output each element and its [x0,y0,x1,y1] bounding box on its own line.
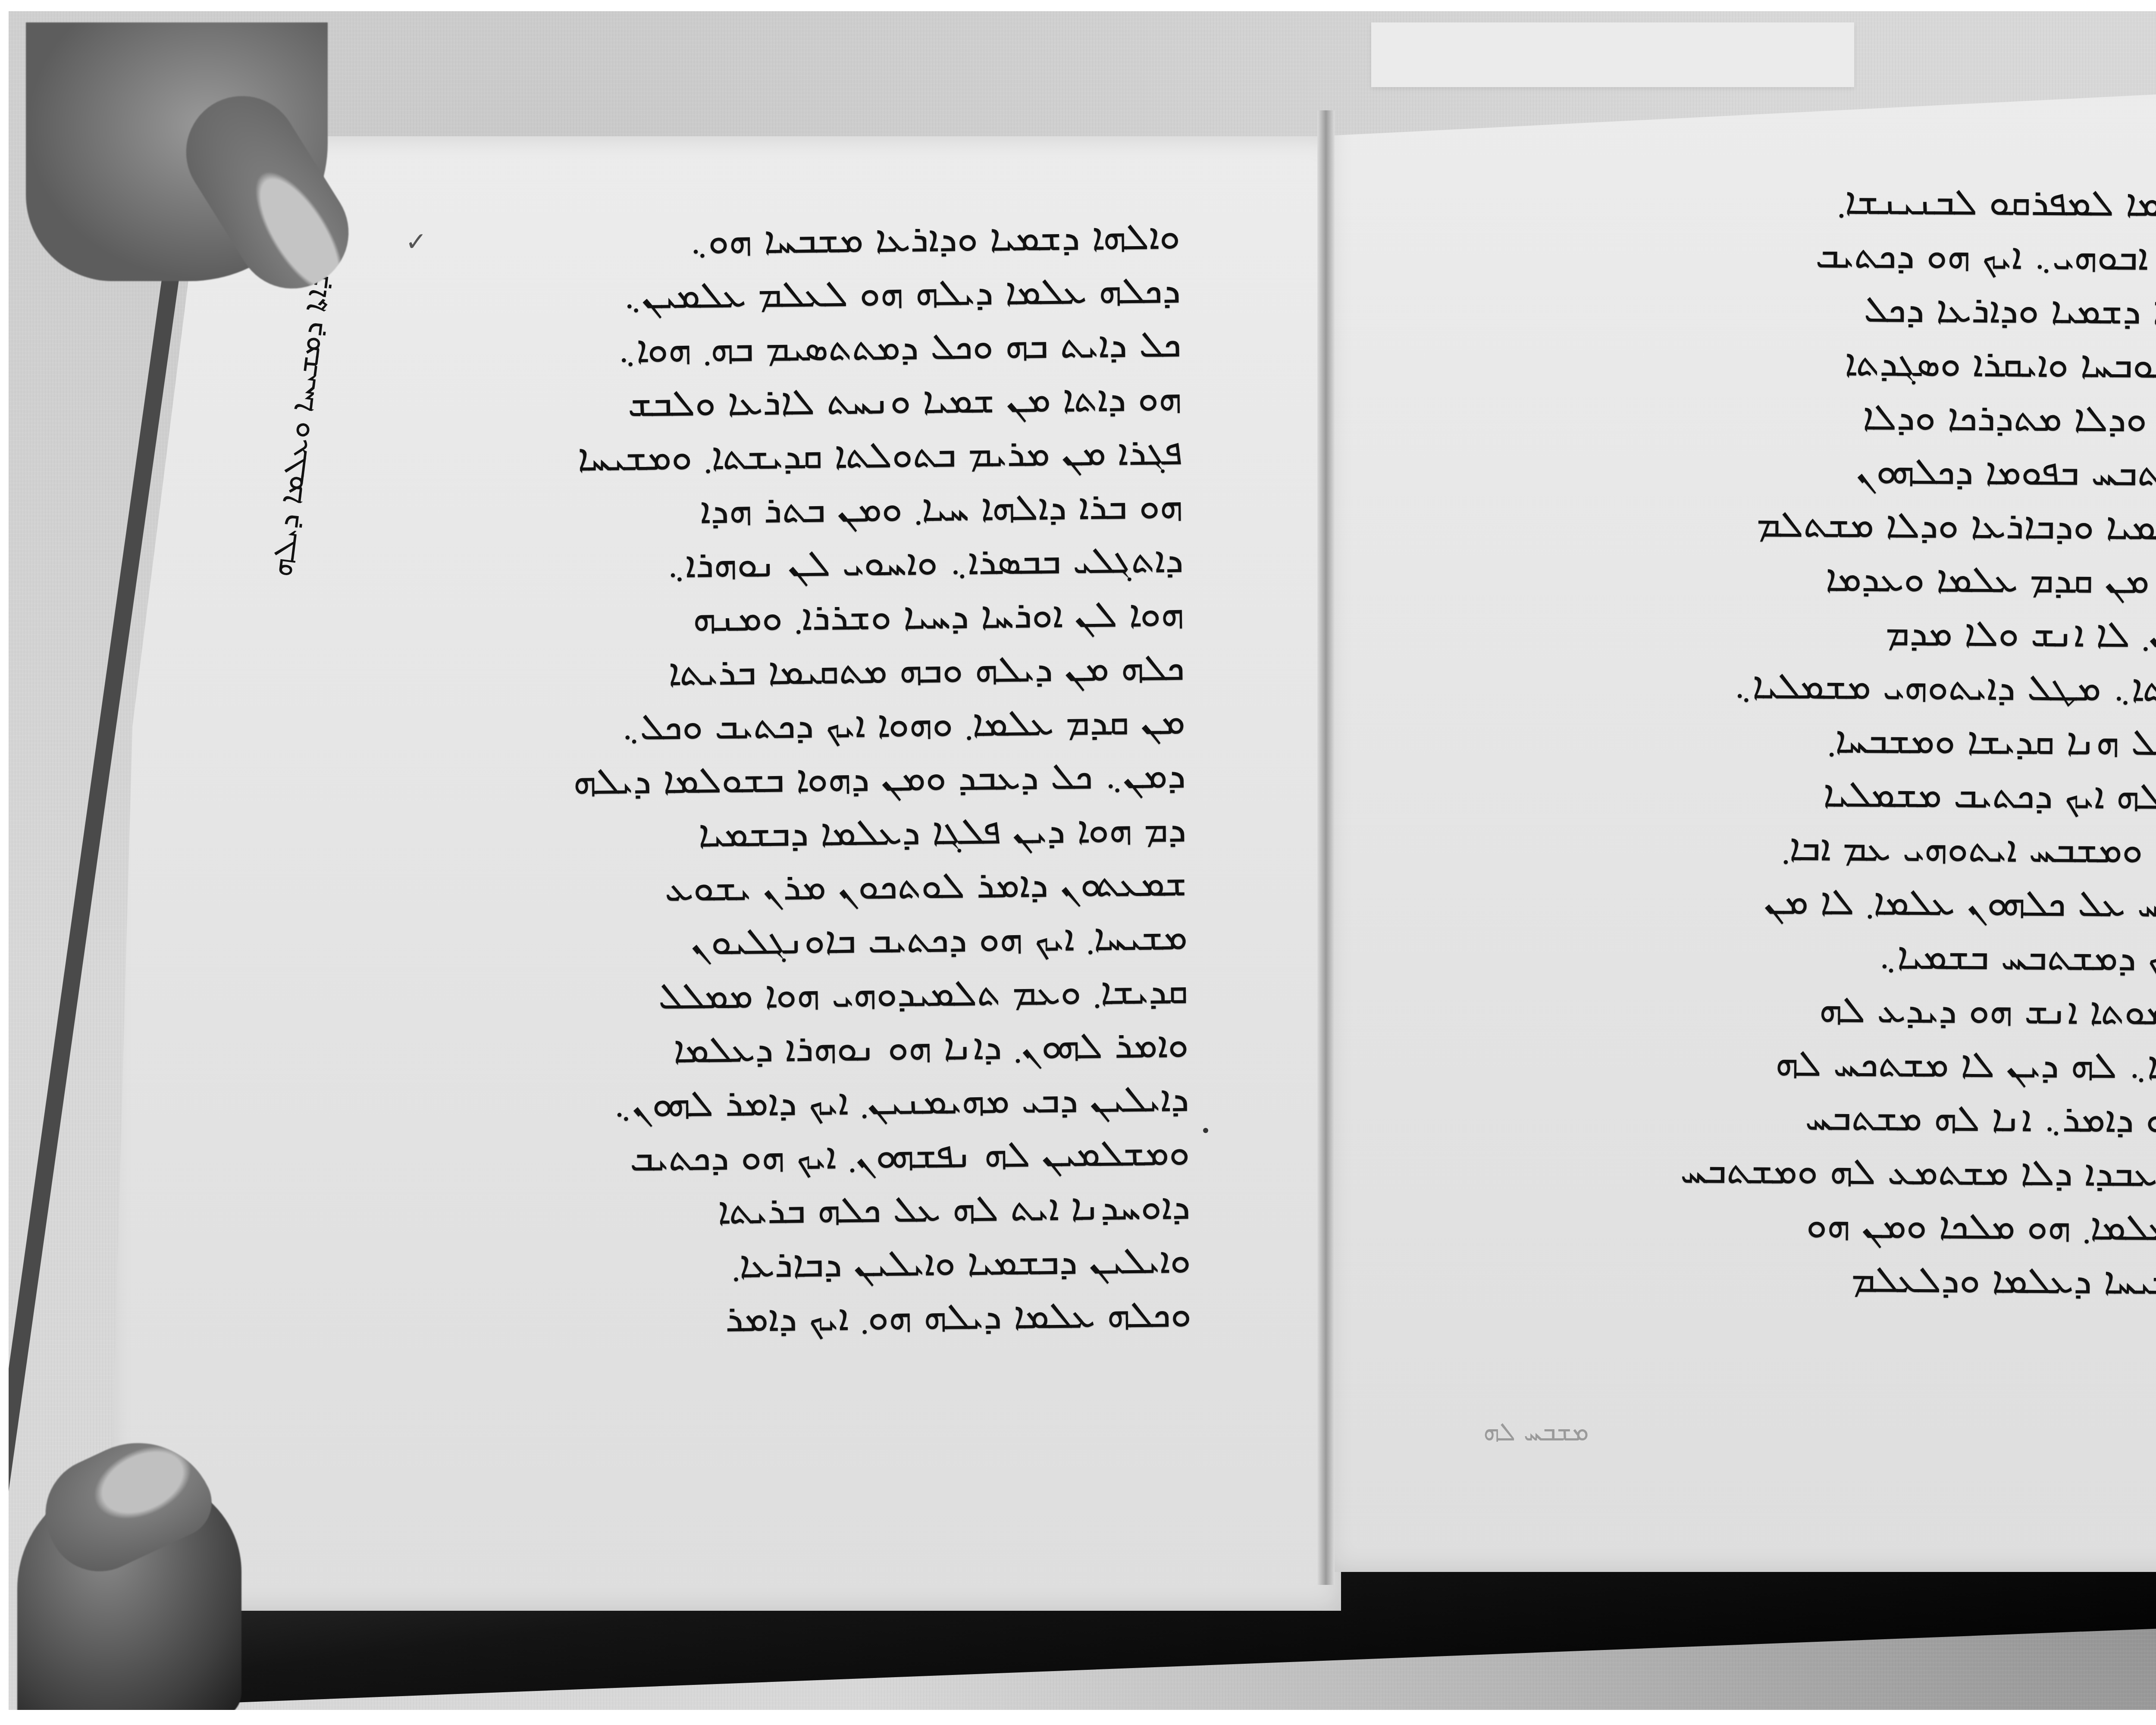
text-line: ܘܟܠܗ ܥܠܡܐ ܕܝܠܗ ܗܘ܂ ܐܝܟ ܕܐܡܪ [350,1287,1191,1350]
text-line: ܕܫܡܝܐ ܘܕܐܪܥܐ܆ ܠܗ ܕܝܢ ܠܐ ܡܫܬܟܚ ܠܗ [1481,1034,2156,1094]
text-line: ܕܥܒܕܐ ܫܠܝܛܐ ܘܕܠܐ ܡܬܕܪܟܐ ܘܕܠܐ [1485,388,2156,448]
text-line: ܕܝܠܗ܂ ܗܘ ܡܫܝܚܐ ܕܥܠܡܐ ܘܕܠܥܠܡ [1479,1250,2156,1310]
text-line: ܡܫܒܚ ܗܘ ܕܥܠܡܐ܂ ܗܘ ܡܠܟܐ ܘܡܢ ܗܘ [1480,1196,2156,1256]
text-line: ܕܡܢ܆ ܟܠ ܕܥܒܕ ܘܡܢ ܕܗܘܐ ܒܫܘܠܡܐ ܕܝܠܗ [345,748,1186,811]
text-line: ܗܘ ܕܐܬܐ ܠܥܠܡܐ ܠܡܦܪܩܘ ܠܒܢܝܢܫܐ܂ [1487,172,2156,232]
book-gutter [1317,110,1335,1585]
text-line: ܕܐܬܓܠܝ ܒܒܣܪܐ܆ ܘܐܚܘܝ ܠܢ ܢܘܗܪܐ܆ [342,533,1184,595]
text-line: ܗܘܐ ܠܗ ܕܡܘܬܐ܆ ܡܛܠ ܕܐܝܬܘܗܝ ܡܫܡܠܝܐ܆ [1483,657,2156,717]
text-line: ܘܐܝܠܝܢ ܕܒܫܡܝܐ ܘܐܝܠܝܢ ܕܒܐܪܥܐ܂ [350,1233,1191,1296]
text-line: ܦܓܪܐ ܡܢ ܡܪܝܡ ܒܬܘܠܬܐ ܩܕܝܫܬܐ܂ ܘܡܫܝܚܐ [342,425,1183,488]
text-line: ܠܥܠܡ ܥܠܡܝܢ܂ ܠܐ ܐܢܫ ܘܠܐ ܡܕܡ [1484,603,2156,663]
text-line: ܥܒܕܘܗܝ ܕܒܫܡܝܐ ܘܕܒܐܪܥܐ ܘܕܠܐ ܡܫܬܠܡ [1485,495,2156,555]
text-line: ܒܪܘܚܐ ܩܕܝܫܐ܂ ܘܡܫܒܚ ܐܝܬܘܗܝ ܥܡ ܐܒܐ܂ [1482,819,2156,879]
text-line: ܗܘ ܕܐܬܐ ܡܢ ܫܡܝܐ ܘܢܚܬ ܠܐܪܥܐ ܘܠܒܫ [341,371,1182,434]
text-line: ܘܐܠܗܐ ܕܫܡܝܐ ܘܕܐܪܥܐ ܡܫܒܚܐ ܗܘ܆ [339,210,1180,272]
pencil-annotation: ܡܫܒܚ ܠܗ [1483,1417,1589,1447]
text-line: ܕܐܘܚܕܢܐ ܐܝܬ ܠܗ ܥܠ ܟܠܗ ܒܪܝܬܐ [349,1180,1191,1242]
text-line: ܕܐܝܠܝܢ ܕܒܝ ܡܗܝܡܢܝܢ܂ ܐܝܟ ܕܐܡܪ ܠܗܘܢ܆ [348,1072,1189,1134]
text-line: ܫܘܒܚܐ ܠܗ ܐܝܟ ܕܡܫܬܒܚ ܒܫܡܝܐ܆ [1482,927,2156,986]
text-line: ܠܐܠܗܐ܂ ܐܝܟ ܗܘ ܕܐܡܪ܆ ܐܢܐ ܠܗ ܡܫܬܒܚ [1480,1088,2156,1148]
text-line: ܘܥܡ ܕܡܫܬܒܚ ܥܠ ܟܠܗܘܢ ܥܠܡܐ܂ ܠܐ ܡܢ [1482,873,2156,933]
text-line: ܘܐܡܪ ܠܗܘܢ܂ ܕܐܢܐ ܗܘ ܢܘܗܪܐ ܕܥܠܡܐ [348,1018,1189,1080]
text-line: ܟܠ ܕܐܝܬ ܒܗ ܘܟܠ ܕܡܬܬܣܝܡ ܒܗ܂ ܗܘܐ܆ [340,317,1181,380]
left-page-text: ܘܐܠܗܐ ܕܫܡܝܐ ܘܕܐܪܥܐ ܡܫܒܚܐ ܗܘ܆ ܕܟܠܗ ܥܠܡܐ ܕ… [339,210,1191,1350]
text-line: ܕܗܘ ܗܘܐ܂ ܠܗ ܡܢ ܩܕܡ ܥܠܡܐ ܘܥܕܡܐ [1484,549,2156,609]
text-line: ܕܡ ܗܘܐ ܕܝܢ ܦܠܓܐ ܕܥܠܡܐ ܕܒܫܡܝܐ [345,802,1187,865]
text-line: ܠܡܫܝܚܐ ܡܠܟܐ ܕܫܡܝܐ ܘܕܐܪܥܐ ܕܟܠ [1486,280,2156,340]
ink-dot [1203,1128,1208,1133]
text-line: ܠܐ ܐܝܬ ܠܗ ܕܡܘܬܐ ܐܢܫ ܗܘ ܕܝܕܥ ܠܗ [1481,980,2156,1040]
text-line: ܘܡܫܠܡܝܢ ܠܗ ܢܦܫܗܘܢ܂ ܐܝܟ ܗܘ ܕܟܬܝܒ [349,1126,1190,1188]
text-line: ܥܠܡܝܢ܂ ܠܗ ܫܘܒܚܐ ܘܐܝܩܪܐ ܘܣܓܕܬܐ [1486,334,2156,394]
text-line: ܕܟܠܗ ܥܠܡܐ ܕܝܠܗ ܗܘ ܠܥܠܡ ܥܠܡܝܢ܆ [340,263,1181,326]
text-line: ܩܕܝܫܐ܂ ܘܥܡ ܬܠܡܝܕܘܗܝ ܗܘܐ ܡܡܠܠ [347,964,1188,1027]
text-line: ܡܢ ܩܕܡ ܥܠܡܐ܂ ܘܗܘܐ ܐܝܟ ܕܟܬܝܒ ܘܟܠ܆ [344,695,1185,757]
text-line: ܒܪܘܚܐ ܕܝܠܗ ܥܒܕܐ ܕܠܐ ܡܫܬܡܥ ܠܗ ܘܡܫܬܒܚ [1480,1142,2156,1202]
text-line: ܫܡܥܬܘܢ ܕܐܡܪ ܠܘܬܟܘܢ ܡܪܢ ܝܫܘܥ [346,856,1187,919]
text-line: ܘܗܟܢܐ ܕܗܘܐ ܠܗ ܐܝܟ ܕܟܬܝܒ ܡܫܡܠܝܐ [1483,765,2156,825]
top-paper-slip [1371,22,1854,87]
text-line: ܗܘܐ ܠܢ ܐܘܪܚܐ ܕܚܝܐ ܘܫܪܪܐ܂ ܘܡܢܗ [343,587,1184,649]
manuscript-photo: ✓ ܗܘ ܕܐܬܐ ܕܡܫܝܚܐ ܘܥܠܡܐ ܕܝܠܗ ܘܐܠܗܐ ܕܫܡܝܐ … [9,11,2156,1710]
text-line: ܘܡܬܩܪܐ܆ ܡܛܠ ܗܢܐ ܩܕܝܫܐ ܘܡܫܒܚܐ܂ [1483,711,2156,771]
right-page-text: ܗܘ ܕܐܬܐ ܠܥܠܡܐ ܠܡܦܪܩܘ ܠܒܢܝܢܫܐ܂ ܘܡܫܬܒܚ ܥܡ … [1479,172,2156,1310]
text-line: ܕܠܥܠܡ܂ ܘܡܫܬܒܚ ܒܦܘܡܐ ܕܟܠܗܘܢ [1485,441,2156,501]
text-line: ܡܫܝܚܐ܂ ܐܝܟ ܗܘ ܕܟܬܝܒ ܒܐܘܢܓܠܝܘܢ [346,910,1188,973]
text-line: ܗܘ ܒܪܐ ܕܐܠܗܐ ܚܝܐ܂ ܘܡܢ ܒܬܪ ܗܕܐ [342,479,1183,542]
text-line: ܘܡܫܬܒܚ ܥܡ ܐܒܘܗܝ܆ ܐܝܟ ܗܘ ܕܟܬܝܒ [1486,226,2156,286]
text-line: ܟܠܗ ܡܢ ܕܝܠܗ ܘܒܗ ܡܬܩܝܡܐ ܒܪܝܬܐ [344,641,1185,703]
